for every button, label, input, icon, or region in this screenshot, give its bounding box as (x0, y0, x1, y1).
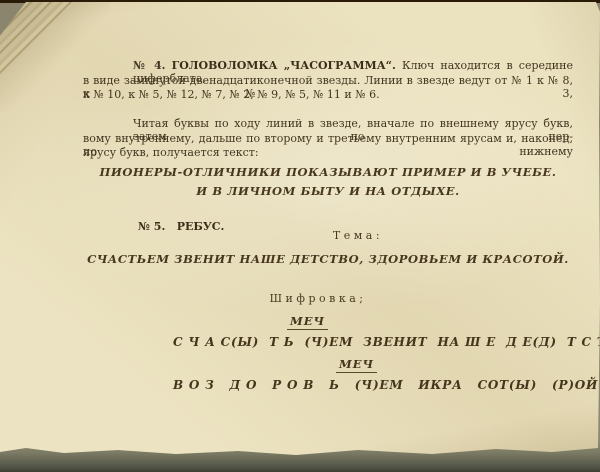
scanned-book-page: { "document": { "puzzle4": { "number": "… (0, 0, 600, 472)
puzzle5-cipher-label: Шифровка; (73, 292, 563, 305)
paper-page: № 4. ГОЛОВОЛОМКА „ЧАСОГРАММА“. Ключ нахо… (0, 2, 600, 460)
puzzle4-answer-line1: ПИОНЕРЫ-ОТЛИЧНИКИ ПОКАЗЫВАЮТ ПРИМЕР И В … (83, 166, 573, 179)
puzzle5-theme-label: Тема: (113, 229, 600, 242)
puzzle4-intro-line3: к № 10, к № 5, № 12, № 7, № 2, № 9, № 5,… (83, 88, 380, 101)
puzzle4-reading-line3: ярусу букв, получается текст: (83, 146, 259, 159)
puzzle4-answer-line2: И В ЛИЧНОМ БЫТУ И НА ОТДЫХЕ. (83, 185, 573, 198)
puzzle4-number: № 4. (133, 59, 166, 72)
puzzle5-theme-text: СЧАСТЬЕМ ЗВЕНИТ НАШЕ ДЕТСТВО, ЗДОРОВЬЕМ … (83, 253, 573, 266)
cipher-line-1: С Ч А С(Ы) Т Ь (Ч)ЕМ ЗВЕНИТ НА Ш Е Д Е(Д… (173, 336, 600, 349)
cipher-keyword-2: МЕЧ (336, 358, 377, 373)
cipher-line-2: В О З Д О Р О В Ь (Ч)ЕМ ИКРА СОТ(Ы) (Р)О… (173, 379, 600, 392)
puzzle4-title: ГОЛОВОЛОМКА „ЧАСОГРАММА“. (172, 59, 396, 72)
cipher-keyword-1: МЕЧ (287, 315, 328, 330)
